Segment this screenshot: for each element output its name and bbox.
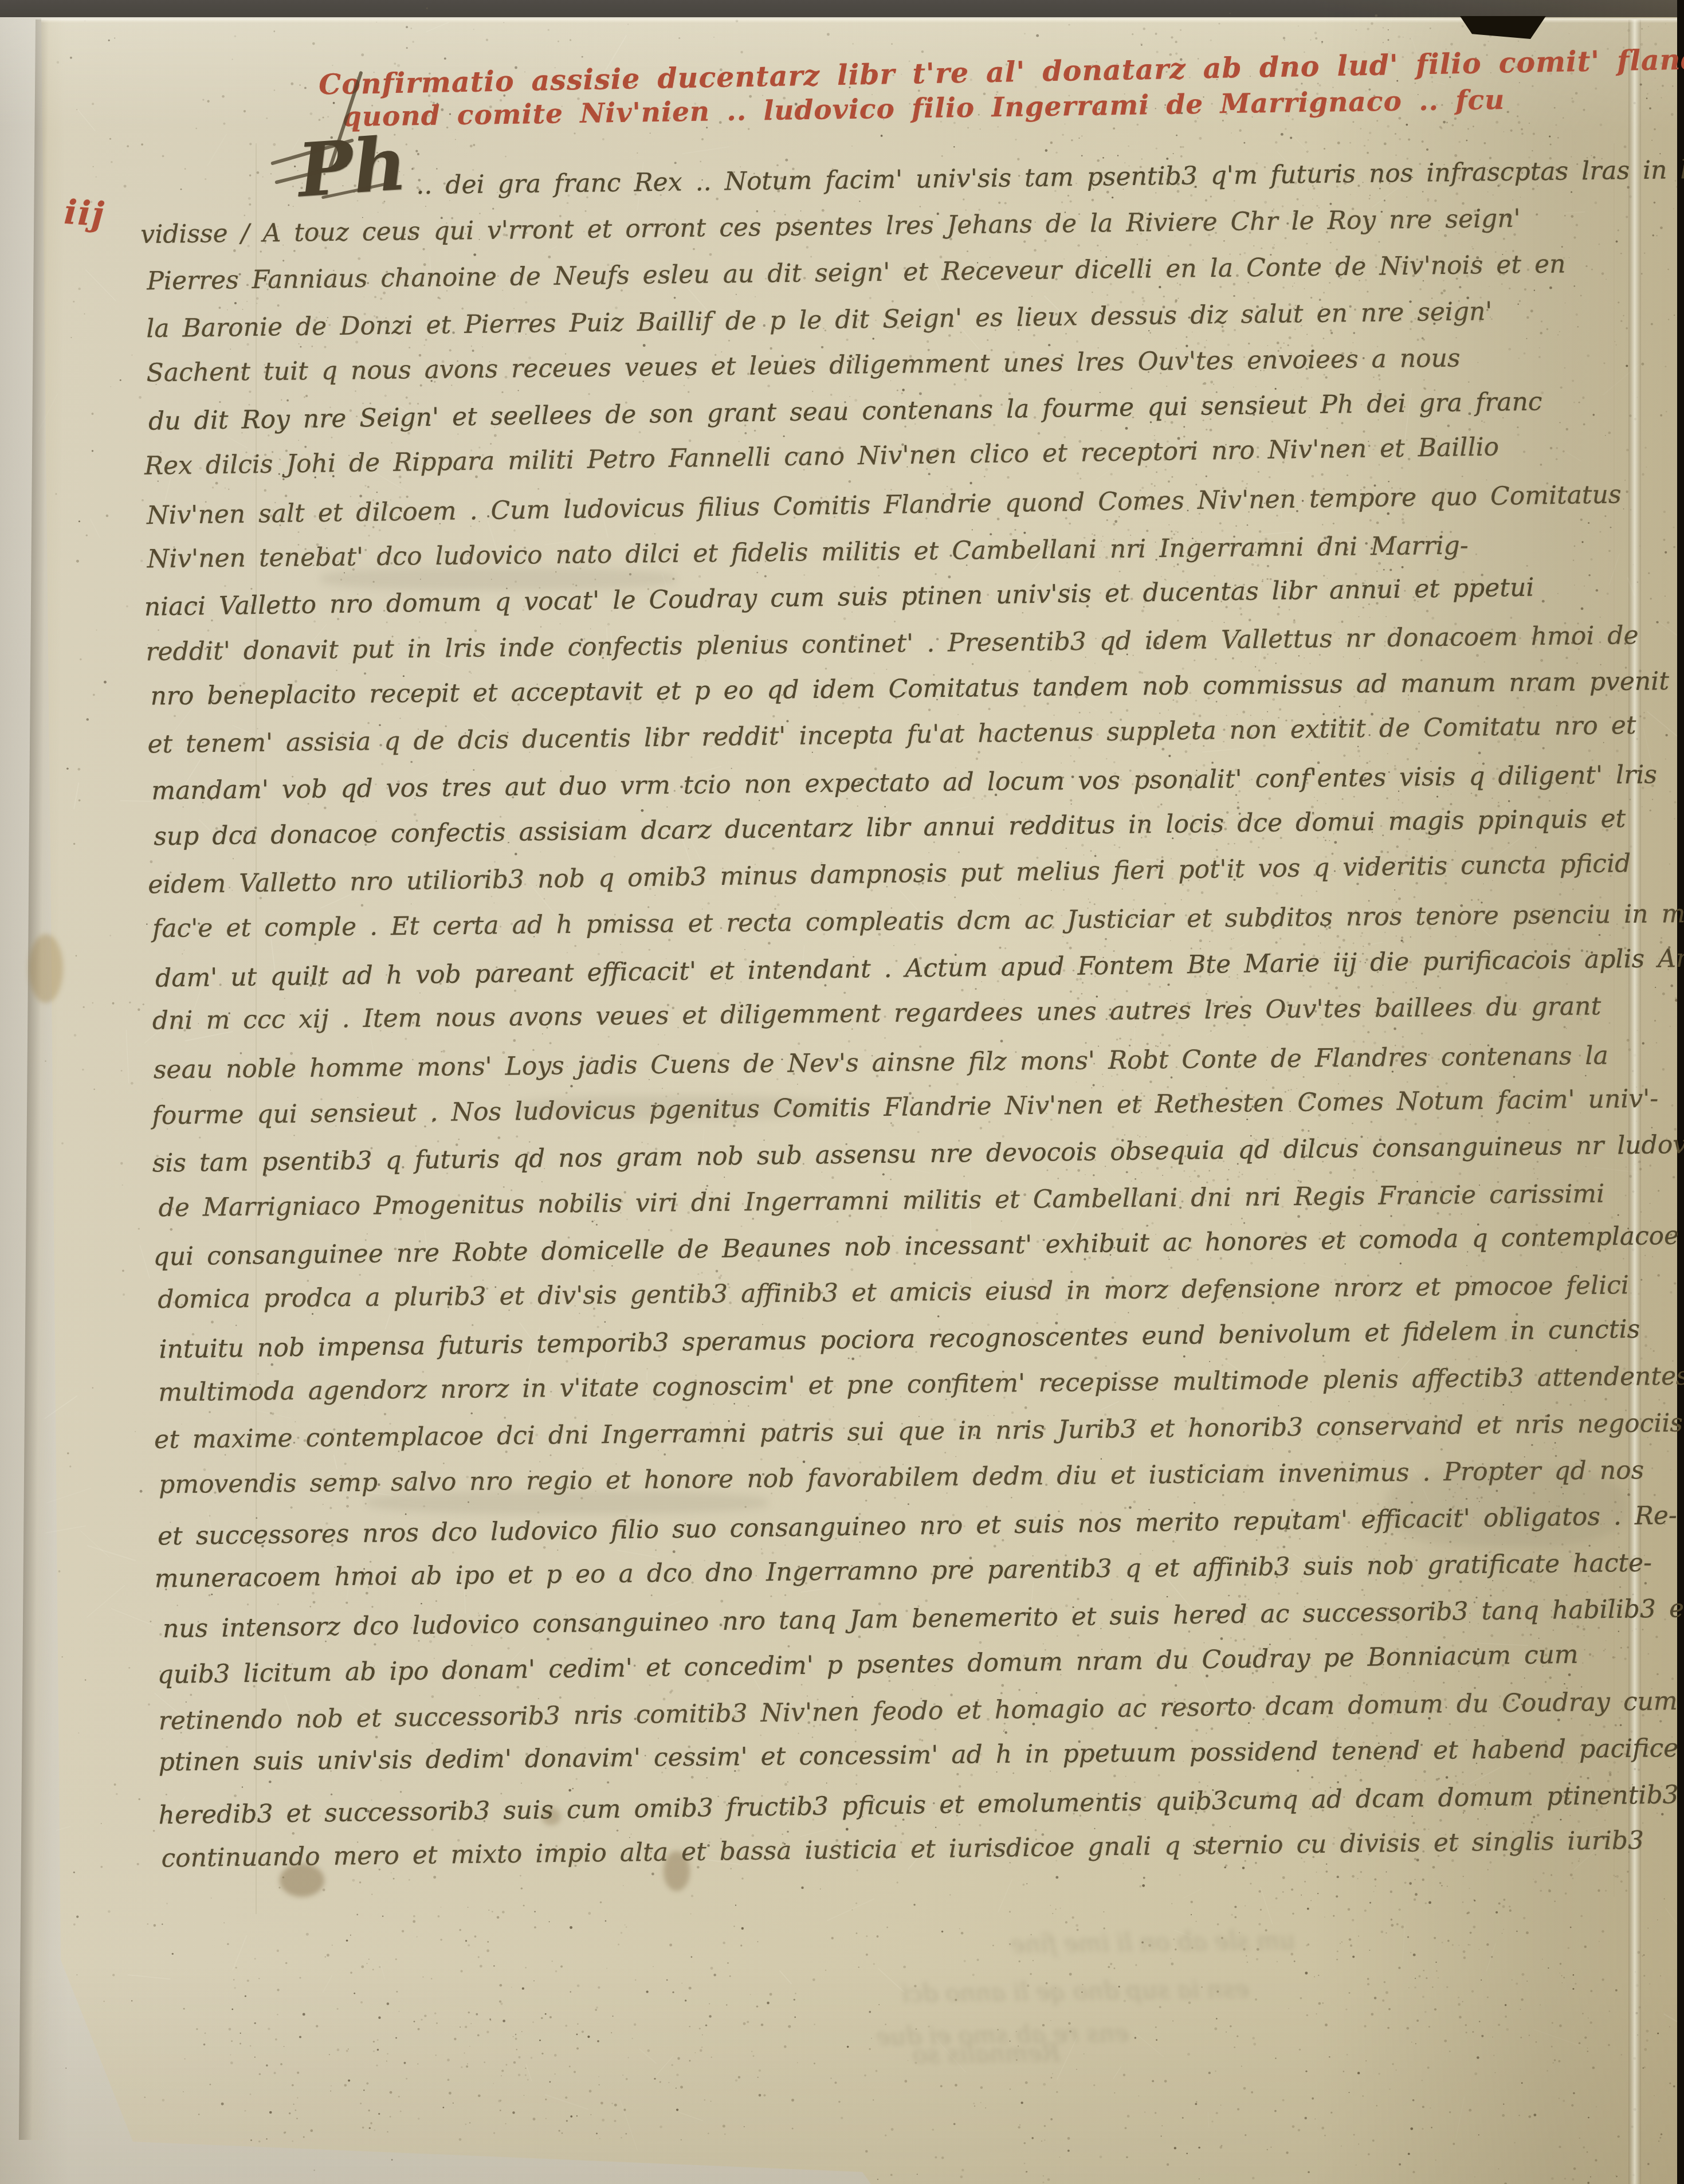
text-line: Niv'nen tenebat' dco ludovico nato dilci… bbox=[147, 528, 1468, 578]
text-line: Niv'nen salt et dilcoem . Cum ludovicus … bbox=[147, 477, 1622, 534]
text-line: multimoda agendorz nrorz in v'itate cogn… bbox=[158, 1359, 1684, 1411]
text-line: du dit Roy nre Seign' et seellees de son… bbox=[148, 384, 1542, 439]
text-line: domica prodca a plurib3 et div'sis genti… bbox=[158, 1268, 1629, 1318]
text-line: la Baronie de Donzi et Pierres Puiz Bail… bbox=[146, 294, 1493, 347]
text-line: de Marrigniaco Pmogenitus nobilis viri d… bbox=[158, 1177, 1604, 1226]
ghost-line: Remnalis so bbox=[819, 2038, 1061, 2070]
text-line: fourme qui sensieut . Nos ludovicus pgen… bbox=[152, 1081, 1658, 1134]
text-line: et tenem' assisia q de dcis ducentis lib… bbox=[147, 708, 1636, 763]
text-line: dni m ccc xij . Item nous avons veues et… bbox=[152, 989, 1601, 1039]
text-line: intuitu nob impensa futuris temporib3 sp… bbox=[159, 1312, 1640, 1368]
text-line: fac'e et comple . Et certa ad h pmissa e… bbox=[152, 896, 1684, 947]
text-line: dam' ut quilt ad h vob pareant efficacit… bbox=[155, 940, 1684, 997]
text-line: continuando mero et mixto impio alta et … bbox=[161, 1823, 1644, 1877]
text-line: muneracoem hmoi ab ipo et p eo a dco dno… bbox=[155, 1546, 1652, 1597]
text-line: et maxime contemplacoe dci dni Ingerramn… bbox=[154, 1406, 1683, 1458]
text-line: vidisse / A touz ceus qui v'rront et orr… bbox=[140, 201, 1521, 253]
text-line: reddit' donavit put in lris inde confect… bbox=[146, 618, 1639, 670]
text-line: mandam' vob qd vos tres aut duo vrm tcio… bbox=[151, 757, 1657, 809]
text-line: Pierres Fanniaus chanoine de Neufs esleu… bbox=[147, 246, 1566, 299]
text-line: seau noble homme mons' Loys jadis Cuens … bbox=[153, 1038, 1608, 1088]
text-line: sis tam psentib3 q futuris qd nos gram n… bbox=[152, 1127, 1684, 1182]
text-line: eidem Valletto nro utiliorib3 nob q omib… bbox=[147, 846, 1631, 903]
text-line: sup dca donacoe confectis assisiam dcarz… bbox=[154, 801, 1626, 854]
text-block: .. dei gra franc Rex .. Notum facim' uni… bbox=[0, 0, 1684, 2184]
text-line: Sachent tuit q nous avons receues veues … bbox=[146, 340, 1461, 391]
text-line: retinendo nob et successorib3 nris comit… bbox=[158, 1684, 1678, 1739]
text-line: Rex dilcis Johi de Rippara militi Petro … bbox=[144, 430, 1499, 484]
text-line: pmovendis semp salvo nro regio et honore… bbox=[159, 1453, 1644, 1503]
text-line: qui consanguinee nre Robte domicelle de … bbox=[153, 1218, 1679, 1275]
text-line: quib3 licitum ab ipo donam' cedim' et co… bbox=[157, 1637, 1579, 1692]
text-line: niaci Valletto nro domum q vocat' le Cou… bbox=[144, 570, 1534, 625]
manuscript-photo: { "document": { "kind": "medieval manusc… bbox=[0, 0, 1684, 2184]
text-line: ptinen suis univ'sis dedim' donavim' ces… bbox=[158, 1731, 1678, 1781]
text-line: .. dei gra franc Rex .. Notum facim' uni… bbox=[416, 151, 1684, 203]
text-line: et successores nros dco ludovico filio s… bbox=[157, 1498, 1677, 1555]
text-line: nro beneplacito recepit et acceptavit et… bbox=[151, 664, 1670, 714]
